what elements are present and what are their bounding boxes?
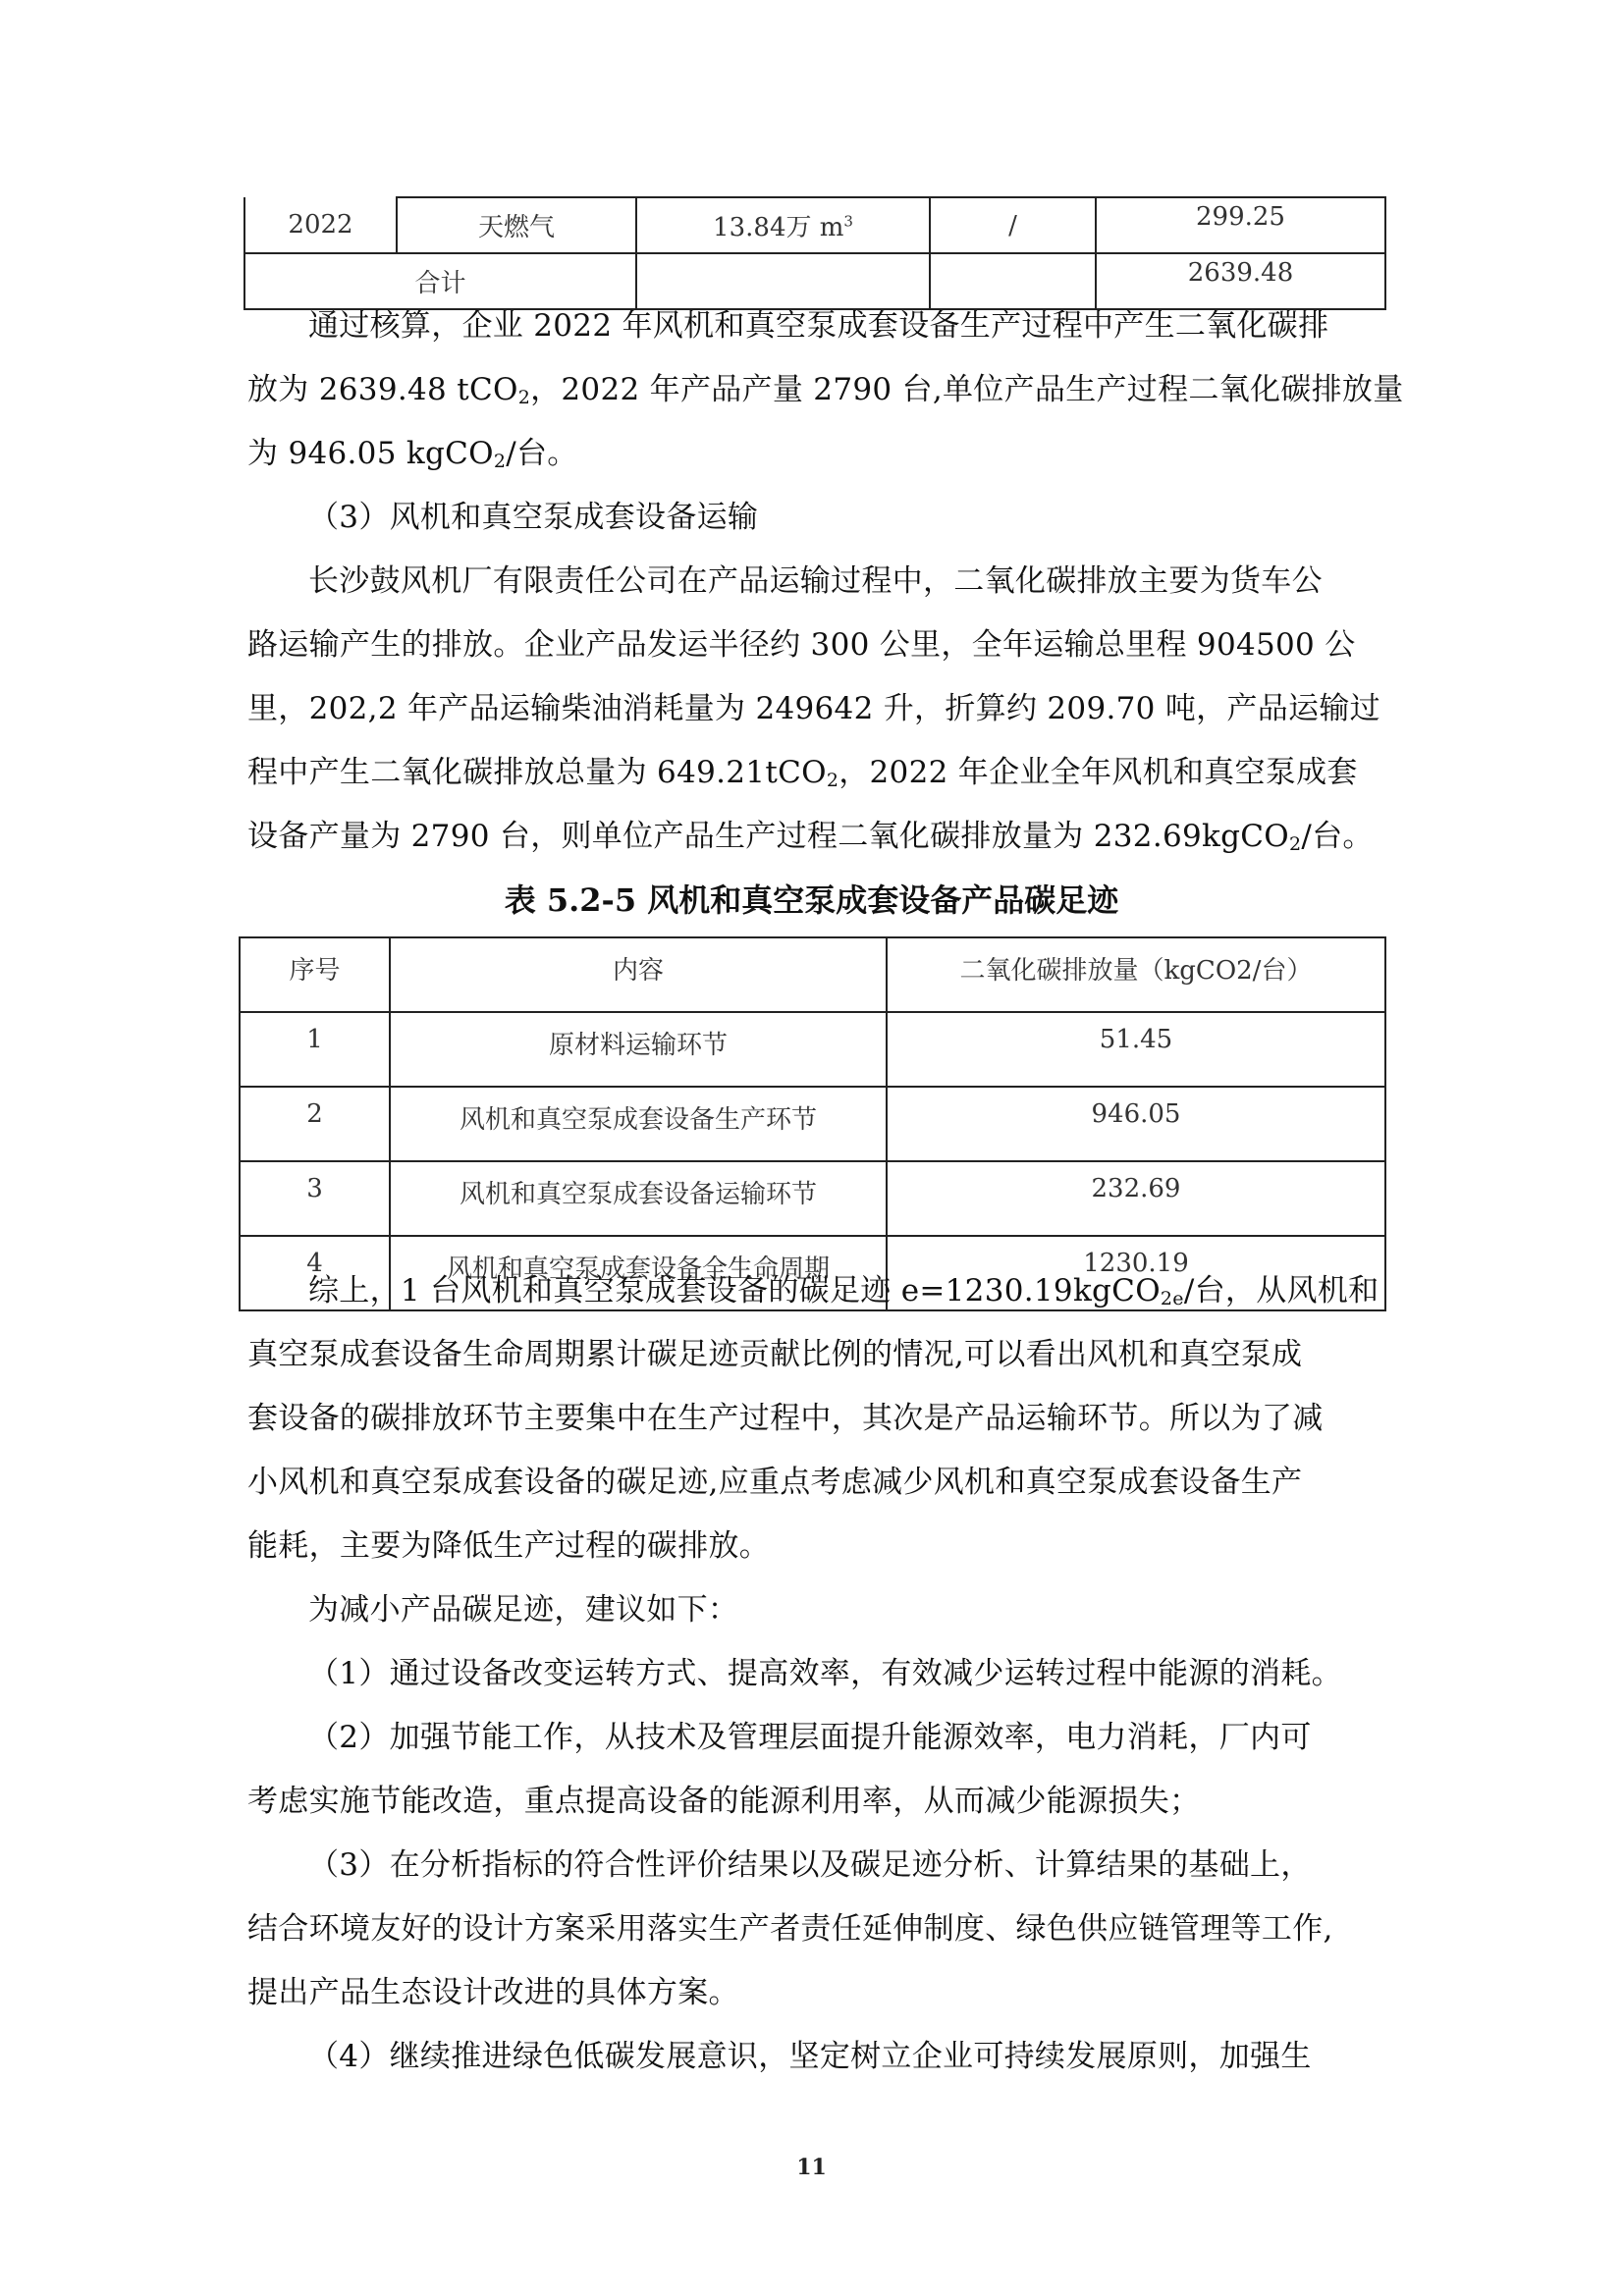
- section-heading: （3）风机和真空泵成套设备运输: [247, 486, 1386, 550]
- header-cell-emission: 二氧化碳排放量（kgCO2/台）: [887, 937, 1385, 1012]
- production-summary-paragraph: 通过核算，企业 2022 年风机和真空泵成套设备生产过程中产生二氧化碳排 放为 …: [247, 294, 1386, 486]
- page-number: 11: [0, 2155, 1623, 2180]
- amount-superscript: 3: [843, 212, 853, 230]
- subscript: 2: [827, 770, 839, 791]
- text-span: /台。: [1301, 819, 1373, 854]
- text-span: 设备产量为 2790 台，则单位产品生产过程二氧化碳排放量为 232.69kgC…: [247, 819, 1289, 854]
- subscript: 2: [518, 387, 530, 408]
- transport-section: （3）风机和真空泵成套设备运输 长沙鼓风机厂有限责任公司在产品运输过程中，二氧化…: [247, 486, 1386, 869]
- text-line: 套设备的碳排放环节主要集中在生产过程中，其次是产品运输环节。所以为了减: [247, 1387, 1386, 1451]
- table-header-row: 序号 内容 二氧化碳排放量（kgCO2/台）: [240, 937, 1385, 1012]
- emission-cell: 232.69: [887, 1161, 1385, 1236]
- suggestions-list: 为减小产品碳足迹，建议如下： （1）通过设备改变运转方式、提高效率，有效减少运转…: [247, 1578, 1386, 2089]
- suggestion-item-3: （3）在分析指标的符合性评价结果以及碳足迹分析、计算结果的基础上，: [247, 1834, 1386, 1897]
- index-cell: 3: [240, 1161, 390, 1236]
- amount-value: 13.84万 m: [713, 213, 843, 242]
- emission-cell: 299.25: [1096, 197, 1385, 253]
- text-line: 通过核算，企业 2022 年风机和真空泵成套设备生产过程中产生二氧化碳排: [247, 294, 1386, 358]
- suggestion-item-3-cont: 结合环境友好的设计方案采用落实生产者责任延伸制度、绿色供应链管理等工作,: [247, 1897, 1386, 1961]
- subscript: 2: [1289, 833, 1301, 855]
- table-row: 2022 天燃气 13.84万 m3 / 299.25: [244, 197, 1385, 253]
- table-row: 1 原材料运输环节 51.45: [240, 1012, 1385, 1087]
- text-span: ，2022 年企业全年风机和真空泵成套: [839, 755, 1357, 790]
- content-cell: 风机和真空泵成套设备生产环节: [390, 1087, 887, 1161]
- amount-cell: 13.84万 m3: [636, 197, 930, 253]
- content-cell: 原材料运输环节: [390, 1012, 887, 1087]
- text-line: 设备产量为 2790 台，则单位产品生产过程二氧化碳排放量为 232.69kgC…: [247, 805, 1386, 869]
- emission-cell: 51.45: [887, 1012, 1385, 1087]
- header-cell-content: 内容: [390, 937, 887, 1012]
- text-span: 综上，1 台风机和真空泵成套设备的碳足迹 e=1230.19kgCO: [308, 1273, 1161, 1308]
- index-cell: 2: [240, 1087, 390, 1161]
- document-page: 2022 天燃气 13.84万 m3 / 299.25 合计 2639.48 通…: [0, 0, 1623, 2296]
- text-line: 路运输产生的排放。企业产品发运半径约 300 公里，全年运输总里程 904500…: [247, 614, 1386, 677]
- subscript: 2: [494, 451, 506, 472]
- text-line: 里，202,2 年产品运输柴油消耗量为 249642 升，折算约 209.70 …: [247, 677, 1386, 741]
- conclusion-paragraph: 综上，1 台风机和真空泵成套设备的碳足迹 e=1230.19kgCO2e/台，从…: [247, 1259, 1386, 1578]
- subscript: 2e: [1161, 1288, 1184, 1309]
- table-row: 3 风机和真空泵成套设备运输环节 232.69: [240, 1161, 1385, 1236]
- text-span: 为 946.05 kgCO: [247, 436, 494, 471]
- emission-cell: 946.05: [887, 1087, 1385, 1161]
- text-line: 为 946.05 kgCO2/台。: [247, 422, 1386, 486]
- text-span: /台，从风机和: [1184, 1273, 1380, 1308]
- index-cell: 1: [240, 1012, 390, 1087]
- suggestions-intro: 为减小产品碳足迹，建议如下：: [247, 1578, 1386, 1642]
- suggestion-item-2: （2）加强节能工作，从技术及管理层面提升能源效率，电力消耗，厂内可: [247, 1706, 1386, 1770]
- year-cell: 2022: [244, 197, 397, 253]
- text-line: 程中产生二氧化碳排放总量为 649.21tCO2，2022 年企业全年风机和真空…: [247, 741, 1386, 805]
- suggestion-item-2-cont: 考虑实施节能改造，重点提高设备的能源利用率，从而减少能源损失；: [247, 1770, 1386, 1834]
- table-row: 2 风机和真空泵成套设备生产环节 946.05: [240, 1087, 1385, 1161]
- text-line: 能耗，主要为降低生产过程的碳排放。: [247, 1515, 1386, 1578]
- text-span: /台。: [506, 436, 577, 471]
- text-line: 综上，1 台风机和真空泵成套设备的碳足迹 e=1230.19kgCO2e/台，从…: [247, 1259, 1386, 1323]
- text-line: 放为 2639.48 tCO2，2022 年产品产量 2790 台,单位产品生产…: [247, 358, 1386, 422]
- text-line: 长沙鼓风机厂有限责任公司在产品运输过程中，二氧化碳排放主要为货车公: [247, 550, 1386, 614]
- text-span: ，2022 年产品产量 2790 台,单位产品生产过程二氧化碳排放量: [530, 372, 1403, 407]
- text-span: 程中产生二氧化碳排放总量为 649.21tCO: [247, 755, 827, 790]
- suggestion-item-1: （1）通过设备改变运转方式、提高效率，有效减少运转过程中能源的消耗。: [247, 1642, 1386, 1706]
- factor-cell: /: [930, 197, 1096, 253]
- header-cell-index: 序号: [240, 937, 390, 1012]
- suggestion-item-3-cont: 提出产品生态设计改进的具体方案。: [247, 1961, 1386, 2025]
- emissions-table-continuation: 2022 天燃气 13.84万 m3 / 299.25 合计 2639.48: [243, 196, 1386, 310]
- suggestion-item-4: （4）继续推进绿色低碳发展意识，坚定树立企业可持续发展原则，加强生: [247, 2025, 1386, 2089]
- text-span: 放为 2639.48 tCO: [247, 372, 518, 407]
- text-line: 小风机和真空泵成套设备的碳足迹,应重点考虑减少风机和真空泵成套设备生产: [247, 1451, 1386, 1515]
- carbon-footprint-table: 序号 内容 二氧化碳排放量（kgCO2/台） 1 原材料运输环节 51.45 2…: [239, 936, 1386, 1311]
- table-caption: 表 5.2-5 风机和真空泵成套设备产品碳足迹: [0, 876, 1623, 921]
- text-line: 真空泵成套设备生命周期累计碳足迹贡献比例的情况,可以看出风机和真空泵成: [247, 1323, 1386, 1387]
- fuel-cell: 天燃气: [397, 197, 636, 253]
- content-cell: 风机和真空泵成套设备运输环节: [390, 1161, 887, 1236]
